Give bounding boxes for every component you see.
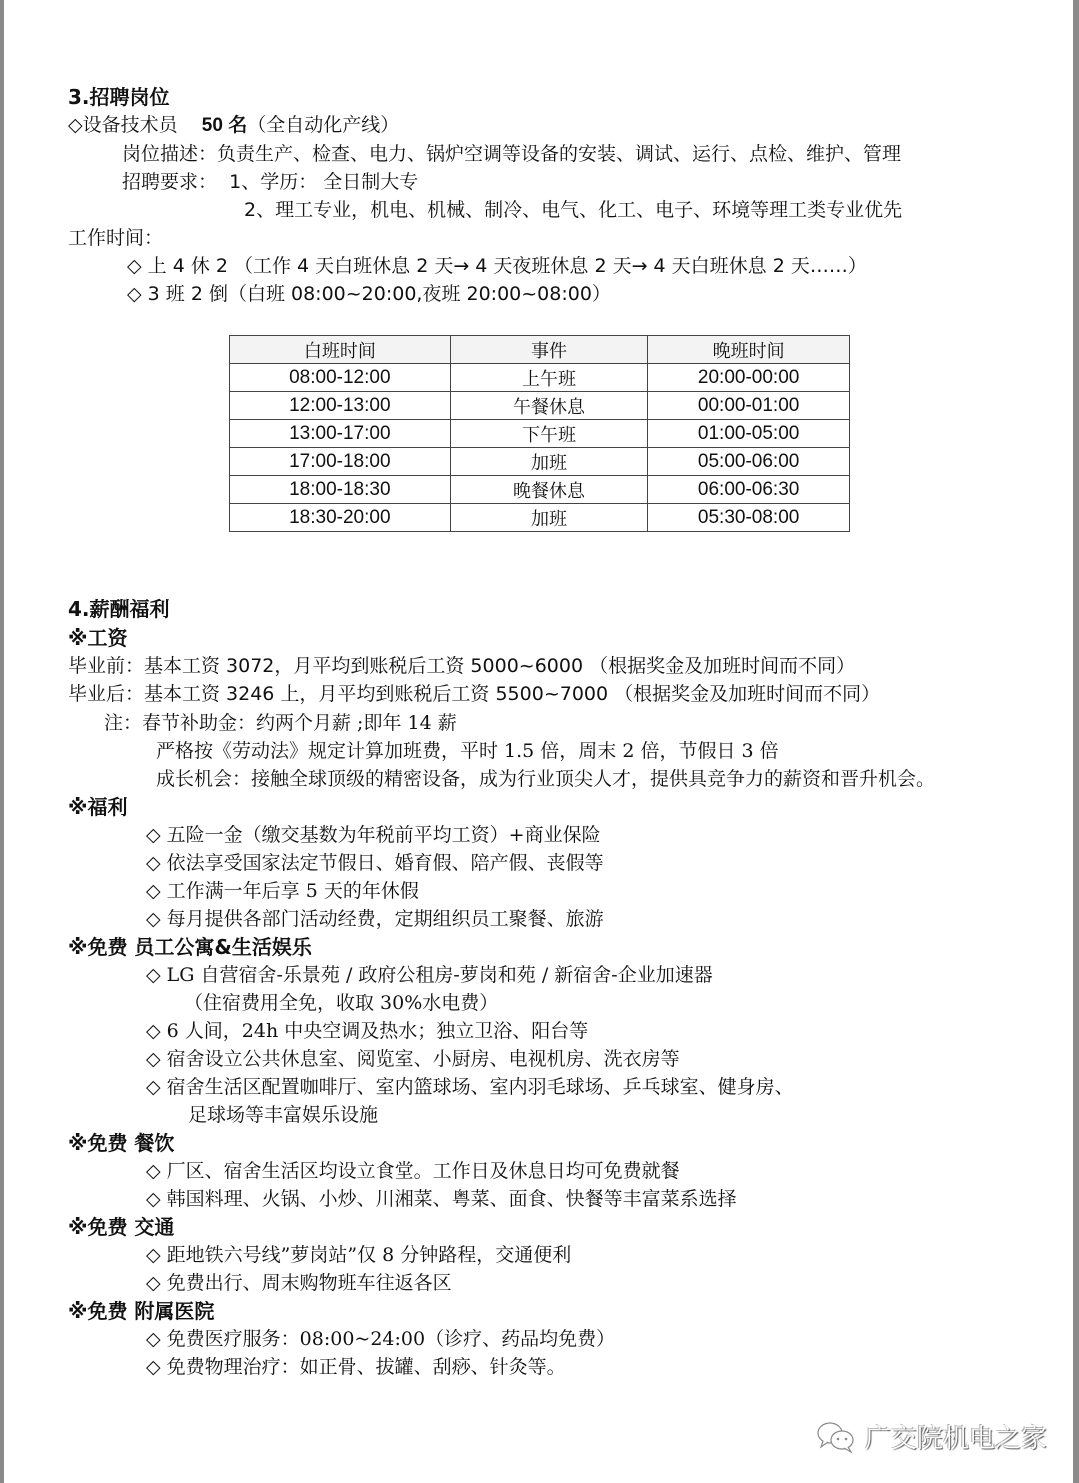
page-edge-right: [1073, 0, 1079, 1483]
housing-item: ◇ 6 人间，24h 中央空调及热水；独立卫浴、阳台等: [146, 1019, 588, 1043]
note-growth: 成长机会：接触全球顶级的精密设备，成为行业顶尖人才，提供具竞争力的薪资和晋升机会…: [156, 767, 935, 791]
position-count: 50 名: [202, 115, 247, 136]
page-edge-left: [0, 0, 4, 1483]
housing-item: 足球场等丰富娱乐设施: [188, 1103, 378, 1127]
salary-before-graduation: 毕业前：基本工资 3072，月平均到账税后工资 5000~6000 （根据奖金及…: [68, 654, 855, 678]
table-row: 13:00-17:00 下午班 01:00-05:00: [230, 420, 850, 448]
table-row: 12:00-13:00 午餐休息 00:00-01:00: [230, 392, 850, 420]
hospital-heading: ※免费 附属医院: [68, 1299, 214, 1323]
event: 上午班: [450, 364, 648, 392]
day-time: 08:00-12:00: [230, 364, 451, 392]
housing-heading: ※免费 员工公寓&生活娱乐: [68, 935, 312, 959]
event: 加班: [450, 448, 648, 476]
hospital-item: ◇ 免费物理治疗：如正骨、拔罐、刮痧、针灸等。: [146, 1355, 566, 1379]
position-note: （全自动化产线）: [247, 114, 399, 136]
housing-item: ◇ 宿舍生活区配置咖啡厅、室内篮球场、室内羽毛球场、乒乓球室、健身房、: [146, 1075, 794, 1099]
welfare-item: ◇ 每月提供各部门活动经费，定期组织员工聚餐、旅游: [146, 907, 604, 931]
event: 晚餐休息: [450, 476, 648, 504]
day-time: 17:00-18:00: [230, 448, 451, 476]
housing-item: ◇ LG 自营宿舍-乐景苑 / 政府公租房-萝岗和苑 / 新宿舍-企业加速器: [146, 963, 713, 987]
wechat-icon: [815, 1419, 857, 1455]
transport-item: ◇ 免费出行、周末购物班车往返各区: [146, 1271, 452, 1295]
shift-pattern-2: ◇ 3 班 2 倒（白班 08:00~20:00,夜班 20:00~08:00）: [127, 282, 611, 306]
day-time: 18:00-18:30: [230, 476, 451, 504]
housing-item: （住宿费用全免，收取 30%水电费）: [184, 991, 498, 1015]
salary-heading: ※工资: [68, 626, 127, 650]
night-time: 01:00-05:00: [648, 420, 850, 448]
table-row: 18:30-20:00 加班 05:30-08:00: [230, 504, 850, 532]
job-description: 岗位描述：负责生产、检查、电力、锅炉空调等设备的安装、调试、运行、点检、维护、管…: [122, 142, 901, 166]
housing-item: ◇ 宿舍设立公共休息室、阅览室、小厨房、电视机房、洗衣房等: [146, 1047, 680, 1071]
dining-heading: ※免费 餐饮: [68, 1131, 174, 1155]
watermark-text: 广交院机电之家: [865, 1418, 1047, 1455]
transport-heading: ※免费 交通: [68, 1215, 174, 1239]
day-time: 13:00-17:00: [230, 420, 451, 448]
header-night-shift: 晚班时间: [648, 336, 850, 364]
table-row: 17:00-18:00 加班 05:00-06:00: [230, 448, 850, 476]
requirement-2: 2、理工专业，机电、机械、制冷、电气、化工、电子、环境等理工类专业优先: [244, 198, 902, 222]
event: 午餐休息: [450, 392, 648, 420]
day-time: 12:00-13:00: [230, 392, 451, 420]
night-time: 05:30-08:00: [648, 504, 850, 532]
work-time-label: 工作时间：: [68, 226, 163, 250]
event: 加班: [450, 504, 648, 532]
note-overtime: 严格按《劳动法》规定计算加班费，平时 1.5 倍，周末 2 倍，节假日 3 倍: [156, 739, 779, 763]
hospital-item: ◇ 免费医疗服务：08:00~24:00（诊疗、药品均免费）: [146, 1327, 615, 1351]
position-line: ◇设备技术员 50 名（全自动化产线）: [68, 113, 399, 138]
requirement-1-line: 招聘要求： 1、学历： 全日制大专: [122, 170, 418, 194]
table-row: 18:00-18:30 晚餐休息 06:00-06:30: [230, 476, 850, 504]
requirement-1: 1、学历： 全日制大专: [229, 171, 418, 193]
dining-item: ◇ 韩国料理、火锅、小炒、川湘菜、粤菜、面食、快餐等丰富菜系选择: [146, 1187, 737, 1211]
note-spring-bonus: 注：春节补助金：约两个月薪 ;即年 14 薪: [104, 711, 457, 735]
table-header-row: 白班时间 事件 晚班时间: [230, 336, 850, 364]
schedule-table: 白班时间 事件 晚班时间 08:00-12:00 上午班 20:00-00:00…: [229, 335, 850, 532]
table-row: 08:00-12:00 上午班 20:00-00:00: [230, 364, 850, 392]
section-title-recruitment: 3.招聘岗位: [68, 85, 170, 109]
shift-pattern-1: ◇ 上 4 休 2 （工作 4 天白班休息 2 天→ 4 天夜班休息 2 天→ …: [127, 254, 867, 278]
salary-after-graduation: 毕业后：基本工资 3246 上，月平均到账税后工资 5500~7000 （根据奖…: [68, 682, 880, 706]
night-time: 20:00-00:00: [648, 364, 850, 392]
header-event: 事件: [450, 336, 648, 364]
welfare-item: ◇ 依法享受国家法定节假日、婚育假、陪产假、丧假等: [146, 851, 604, 875]
welfare-heading: ※福利: [68, 795, 127, 819]
watermark: 广交院机电之家: [815, 1418, 1047, 1455]
day-time: 18:30-20:00: [230, 504, 451, 532]
welfare-item: ◇ 五险一金（缴交基数为年税前平均工资）+商业保险: [146, 823, 601, 847]
requirement-label: 招聘要求：: [122, 171, 217, 193]
section-title-compensation: 4.薪酬福利: [68, 597, 170, 621]
welfare-item: ◇ 工作满一年后享 5 天的年休假: [146, 879, 419, 903]
event: 下午班: [450, 420, 648, 448]
night-time: 05:00-06:00: [648, 448, 850, 476]
header-day-shift: 白班时间: [230, 336, 451, 364]
transport-item: ◇ 距地铁六号线”萝岗站”仅 8 分钟路程，交通便利: [146, 1243, 571, 1267]
night-time: 06:00-06:30: [648, 476, 850, 504]
dining-item: ◇ 厂区、宿舍生活区均设立食堂。工作日及休息日均可免费就餐: [146, 1159, 680, 1183]
position-name: ◇设备技术员: [68, 114, 178, 136]
night-time: 00:00-01:00: [648, 392, 850, 420]
